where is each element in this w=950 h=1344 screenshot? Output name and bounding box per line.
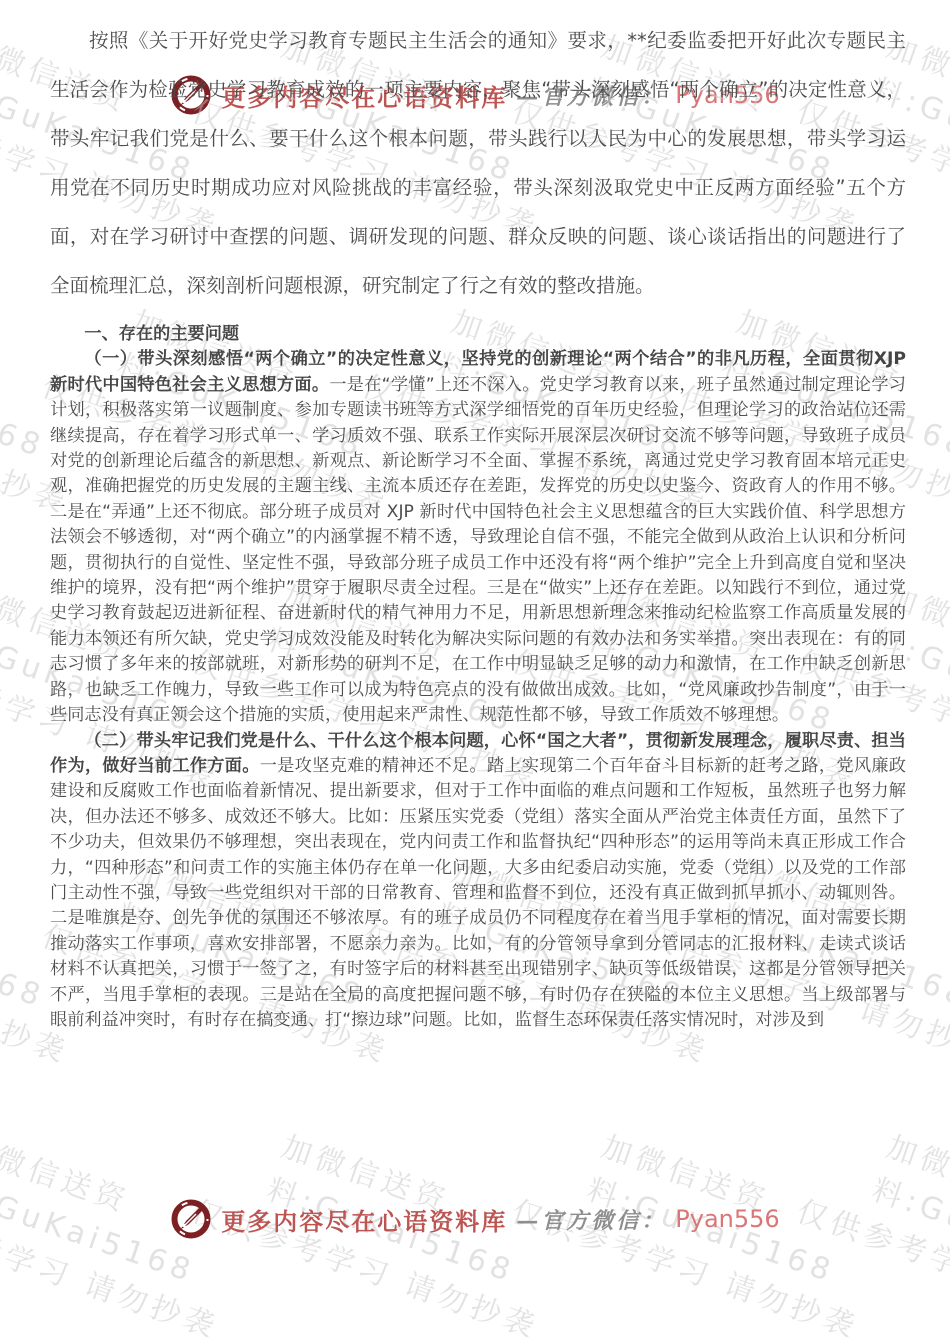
brand-separator: —官方微信：	[516, 1204, 666, 1235]
document-page: 加微信送资料:GuKai5168仅供参考学习 请勿抄袭加微信送资料:GuKai5…	[0, 0, 950, 1344]
intro-paragraph: 按照《关于开好党史学习教育专题民主生活会的通知》要求，**纪委监委把开好此次专题…	[50, 16, 906, 310]
section-heading: 一、存在的主要问题	[50, 322, 906, 347]
pen-logo-icon	[170, 1198, 212, 1240]
section-2-paragraph: （二）带头牢记我们党是什么、干什么这个根本问题，心怀“国之大者”，贯彻新发展理念…	[50, 729, 906, 1034]
intro-text: 按照《关于开好党史学习教育专题民主生活会的通知》要求，**纪委监委把开好此次专题…	[50, 29, 906, 297]
section-1-text: 一是在“学懂”上还不深入。党史学习教育以来，班子虽然通过制定理论学习计划，积极落…	[50, 375, 906, 725]
brand-wechat-id: Pyan556	[675, 1205, 779, 1233]
document-content: 按照《关于开好党史学习教育专题民主生活会的通知》要求，**纪委监委把开好此次专题…	[50, 0, 906, 1033]
brand-title: 更多内容尽在心语资料库	[221, 1202, 507, 1237]
section-heading-text: 一、存在的主要问题	[84, 324, 239, 344]
section-2-text: 一是攻坚克难的精神还不足。踏上实现第二个百年奋斗目标新的赶考之路，党风廉政建设和…	[50, 756, 906, 1030]
footer-brand: 更多内容尽在心语资料库—官方微信：Pyan556	[0, 1198, 950, 1240]
section-1-paragraph: （一）带头深刻感悟“两个确立”的决定性意义，坚持党的创新理论“两个结合”的非凡历…	[50, 347, 906, 728]
